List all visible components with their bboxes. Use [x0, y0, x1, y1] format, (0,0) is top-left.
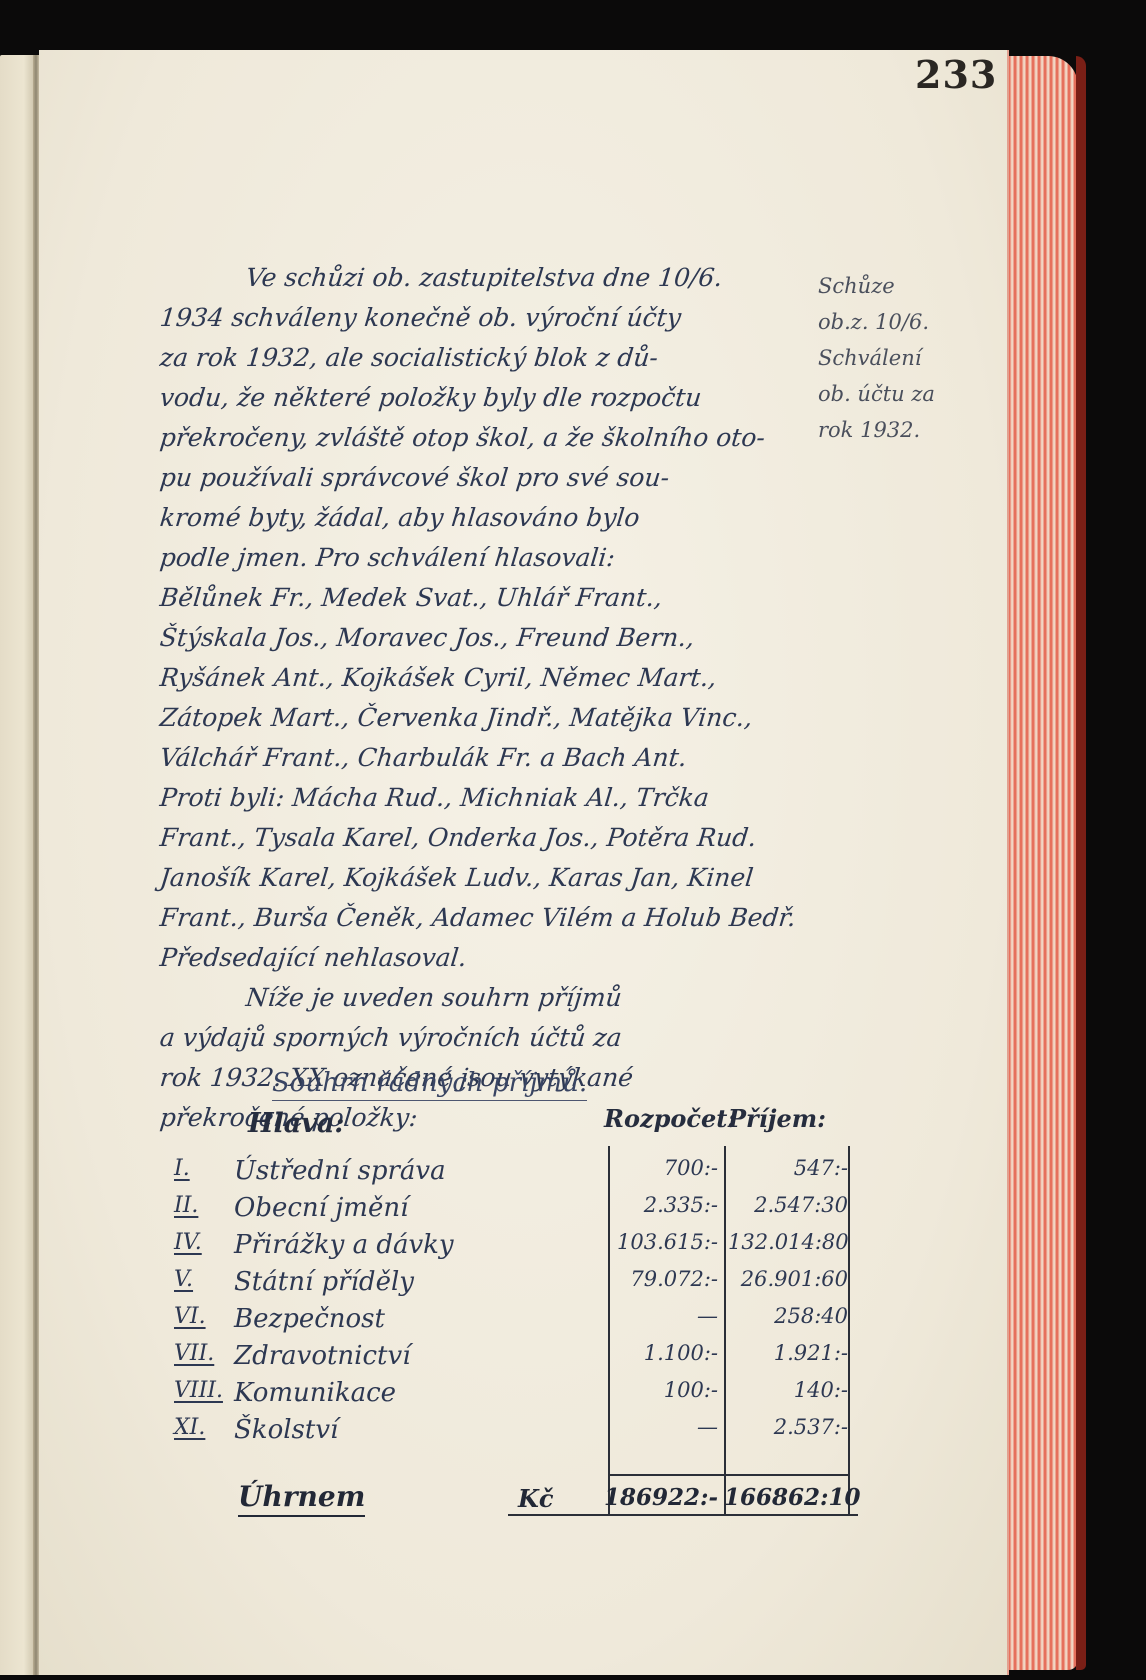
total-budget: 186922:- [604, 1484, 718, 1511]
body-line: Proti byli: Mácha Rud., Michniak Al., Tr… [158, 778, 812, 818]
total-currency: Kč [518, 1484, 553, 1513]
chapter-label: Přirážky a dávky [234, 1230, 454, 1260]
body-line: Níže je uveden souhrn příjmů [158, 978, 812, 1018]
margin-note-line: ob. účtu za [818, 376, 935, 412]
chapter-number: VIII. [174, 1378, 224, 1403]
total-label: Úhrnem [238, 1480, 365, 1517]
body-line: Frant., Tysala Karel, Onderka Jos., Potě… [158, 818, 812, 858]
margin-note-line: Schválení [818, 340, 935, 376]
total-income: 166862:10 [724, 1484, 848, 1511]
chapter-label: Státní příděly [234, 1267, 414, 1297]
chapter-number: IV. [174, 1230, 224, 1255]
body-line: překročeny, zvláště otop škol, a že škol… [158, 418, 812, 458]
income-value: 1.921:- [728, 1341, 848, 1365]
margin-note-line: rok 1932. [818, 412, 935, 448]
body-line: Zátopek Mart., Červenka Jindř., Matějka … [158, 698, 812, 738]
table-row: I. Ústřední správa 700:- 547:- [168, 1156, 828, 1193]
income-value: 547:- [728, 1156, 848, 1180]
budget-value: 79.072:- [608, 1267, 718, 1291]
budget-value: — [608, 1304, 718, 1328]
header-chapter: Hlava: [248, 1108, 344, 1139]
body-line: vodu, že některé položky byly dle rozpoč… [158, 378, 812, 418]
income-value: 26.901:60 [728, 1267, 848, 1291]
chapter-number: V. [174, 1267, 224, 1292]
body-line: Bělůnek Fr., Medek Svat., Uhlář Frant., [158, 578, 812, 618]
table-row: IV. Přirážky a dávky 103.615:- 132.014:8… [168, 1230, 828, 1267]
chapter-number: XI. [174, 1415, 224, 1440]
summary-title: Souhrn řádných příjmů. [272, 1068, 587, 1101]
budget-value: 2.335:- [608, 1193, 718, 1217]
chapter-label: Bezpečnost [234, 1304, 385, 1334]
table-row: VIII. Komunikace 100:- 140:- [168, 1378, 828, 1415]
header-income: Příjem: [728, 1104, 826, 1133]
margin-note: Schůze ob.z. 10/6. Schválení ob. účtu za… [818, 268, 935, 448]
chapter-label: Ústřední správa [234, 1156, 446, 1186]
margin-note-line: Schůze [818, 268, 935, 304]
body-line: Ryšánek Ant., Kojkášek Cyril, Němec Mart… [158, 658, 812, 698]
body-line: Ve schůzi ob. zastupitelstva dne 10/6. [158, 258, 812, 298]
income-value: 258:40 [728, 1304, 848, 1328]
chapter-number: I. [174, 1156, 224, 1181]
margin-note-line: ob.z. 10/6. [818, 304, 935, 340]
income-value: 132.014:80 [728, 1230, 848, 1254]
body-line: Předsedající nehlasoval. [158, 938, 812, 978]
body-line: 1934 schváleny konečně ob. výroční účty [158, 298, 812, 338]
header-budget: Rozpočet: [604, 1104, 736, 1133]
budget-value: 1.100:- [608, 1341, 718, 1365]
budget-value: 100:- [608, 1378, 718, 1402]
chapter-label: Komunikace [234, 1378, 396, 1408]
table-bottom-rule [508, 1514, 858, 1516]
body-line: Válchář Frant., Charbulák Fr. a Bach Ant… [158, 738, 812, 778]
page-stack-edges [1008, 56, 1078, 1670]
body-line: Janošík Karel, Kojkášek Ludv., Karas Jan… [158, 858, 812, 898]
table-divider-right [848, 1146, 850, 1514]
body-line: kromé byty, žádal, aby hlasováno bylo [158, 498, 812, 538]
chapter-label: Obecní jmění [234, 1193, 408, 1223]
income-value: 140:- [728, 1378, 848, 1402]
chapter-label: Zdravotnictví [234, 1341, 411, 1371]
left-page-edge [0, 55, 34, 1675]
table-total-rule [608, 1474, 850, 1476]
chapter-number: II. [174, 1193, 224, 1218]
body-line: pu používali správcové škol pro své sou- [158, 458, 812, 498]
budget-value: — [608, 1415, 718, 1439]
table-row: V. Státní příděly 79.072:- 26.901:60 [168, 1267, 828, 1304]
table-row: VII. Zdravotnictví 1.100:- 1.921:- [168, 1341, 828, 1378]
chapter-number: VII. [174, 1341, 224, 1366]
budget-value: 103.615:- [608, 1230, 718, 1254]
chapter-label: Školství [234, 1415, 338, 1445]
income-value: 2.537:- [728, 1415, 848, 1439]
page-number: 233 [915, 52, 997, 97]
body-line: Štýskala Jos., Moravec Jos., Freund Bern… [158, 618, 812, 658]
table-row: XI. Školství — 2.537:- [168, 1415, 828, 1452]
body-line: podle jmen. Pro schválení hlasovali: [158, 538, 812, 578]
body-line: Frant., Burša Čeněk, Adamec Vilém a Holu… [158, 898, 812, 938]
body-line: a výdajů sporných výročních účtů za [158, 1018, 812, 1058]
income-value: 2.547:30 [728, 1193, 848, 1217]
body-line: za rok 1932, ale socialistický blok z dů… [158, 338, 812, 378]
budget-value: 700:- [608, 1156, 718, 1180]
chapter-number: VI. [174, 1304, 224, 1329]
minutes-body: Ve schůzi ob. zastupitelstva dne 10/6. 1… [160, 258, 810, 1138]
table-row: VI. Bezpečnost — 258:40 [168, 1304, 828, 1341]
table-row: II. Obecní jmění 2.335:- 2.547:30 [168, 1193, 828, 1230]
